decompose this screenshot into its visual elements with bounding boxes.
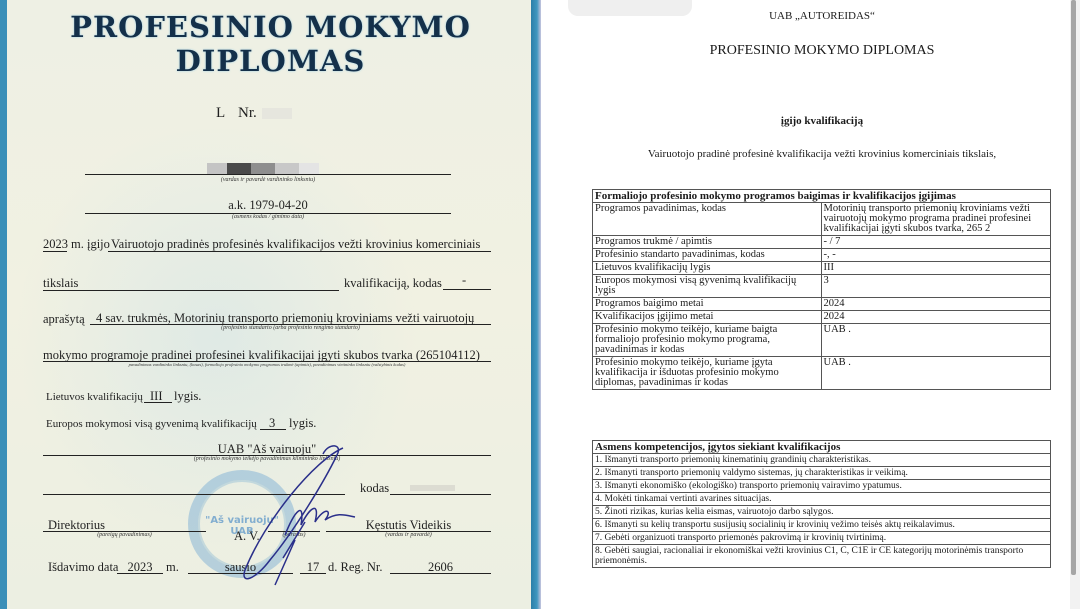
- personal-code-caption: (asmens kodas / gimimo data): [85, 214, 451, 220]
- position-caption: (pareigų pavadinimas): [43, 532, 206, 538]
- eu-level-label: Europos mokymosi visą gyvenimą kvalifika…: [46, 418, 257, 430]
- competence-item: 6. Išmanyti su kelių transportu susijusi…: [593, 519, 1051, 532]
- qualification-line-1: Vairuotojo pradinės profesinės kvalifika…: [111, 237, 480, 252]
- row-value: 2024: [821, 298, 1051, 311]
- qualification-code-label: kvalifikaciją, kodas: [344, 276, 442, 291]
- printed-diploma-title: PROFESINIO MOKYMO DIPLOMAS: [541, 43, 1080, 59]
- row-label: Profesinio standarto pavadinimas, kodas: [593, 249, 822, 262]
- qualification-title: Vairuotojo pradinė profesinė kvalifikaci…: [541, 148, 1080, 160]
- competence-item: 8. Gebėti saugiai, racionaliai ir ekonom…: [593, 545, 1051, 568]
- competence-row: 7. Gebėti organizuoti transporto priemon…: [593, 532, 1051, 545]
- qualification-line-2: tikslais: [43, 276, 78, 291]
- program-table-row: Kvalifikacijos įgijimo metai2024: [593, 311, 1051, 324]
- row-value: III: [821, 262, 1051, 275]
- row-value: - / 7: [821, 236, 1051, 249]
- program-table-row: Profesinio mokymo teikėjo, kuriame įgyta…: [593, 357, 1051, 390]
- competence-row: 5. Žinoti rizikas, kurias kelia eismas, …: [593, 506, 1051, 519]
- row-label: Programos baigimo metai: [593, 298, 822, 311]
- competence-item: 4. Mokėti tinkamai vertinti avarines sit…: [593, 493, 1051, 506]
- personal-code: a.k. 1979-04-20: [85, 198, 451, 213]
- redacted-name: [207, 163, 227, 174]
- issue-year-suffix: m.: [166, 560, 179, 575]
- row-value: UAB .: [821, 324, 1051, 357]
- row-label: Kvalifikacijos įgijimo metai: [593, 311, 822, 324]
- program-table-header: Formaliojo profesinio mokymo programos b…: [593, 190, 1051, 203]
- signature: [225, 440, 365, 590]
- program-table-row: Programos trukmė / apimtis- / 7: [593, 236, 1051, 249]
- row-label: Profesinio mokymo teikėjo, kuriame baigt…: [593, 324, 822, 357]
- row-label: Lietuvos kvalifikacijų lygis: [593, 262, 822, 275]
- row-value: Motorinių transporto priemonių kroviniam…: [821, 203, 1051, 236]
- diploma-border: [531, 0, 541, 609]
- row-value: -, -: [821, 249, 1051, 262]
- competence-item: 5. Žinoti rizikas, kurias kelia eismas, …: [593, 506, 1051, 519]
- row-value: 2024: [821, 311, 1051, 324]
- competence-table: Asmens kompetencijos, įgytos siekiant kv…: [592, 440, 1051, 568]
- company-name: UAB „AUTOREIDAS“: [541, 10, 1080, 22]
- competence-item: 3. Išmanyti ekonomiško (ekologiško) tran…: [593, 480, 1051, 493]
- issue-date-label: Išdavimo data: [48, 560, 118, 575]
- competence-row: 3. Išmanyti ekonomiško (ekologiško) tran…: [593, 480, 1051, 493]
- program-table-row: Programos pavadinimas, kodasMotorinių tr…: [593, 203, 1051, 236]
- redacted-provider-code: [410, 485, 455, 491]
- program-line-1-caption: (profesinio standarto (arba profesinio r…: [90, 325, 491, 331]
- qualification-code: -: [462, 273, 466, 288]
- program-table-row: Programos baigimo metai2024: [593, 298, 1051, 311]
- competence-item: 1. Išmanyti transporto priemonių kinemat…: [593, 454, 1051, 467]
- acquired-label: m. įgijo: [71, 237, 110, 252]
- acquired-year: 2023: [43, 237, 68, 252]
- row-label: Programos trukmė / apimtis: [593, 236, 822, 249]
- acquired-qualification-label: įgijo kvalifikaciją: [541, 115, 1080, 127]
- number-label: Nr.: [238, 105, 257, 122]
- program-table-row: Lietuvos kvalifikacijų lygisIII: [593, 262, 1051, 275]
- name-caption: (vardas ir pavardė vardininko linksniu): [85, 177, 451, 183]
- scrollbar-thumb[interactable]: [1071, 0, 1076, 575]
- competence-row: 8. Gebėti saugiai, racionaliai ir ekonom…: [593, 545, 1051, 568]
- lt-level-label: Lietuvos kvalifikacijų: [46, 391, 143, 403]
- competence-row: 2. Išmanyti transporto priemonių valdymo…: [593, 467, 1051, 480]
- row-label: Programos pavadinimas, kodas: [593, 203, 822, 236]
- program-line-2-caption: pavadinimas vardininko linksniu, (kosas)…: [43, 362, 491, 367]
- competence-table-header: Asmens kompetencijos, įgytos siekiant kv…: [593, 441, 1051, 454]
- redacted-number: [262, 108, 292, 119]
- competence-row: 6. Išmanyti su kelių transportu susijusi…: [593, 519, 1051, 532]
- competence-row: 4. Mokėti tinkamai vertinti avarines sit…: [593, 493, 1051, 506]
- row-label: Europos mokymosi visą gyvenimą kvalifika…: [593, 275, 822, 298]
- row-value: UAB .: [821, 357, 1051, 390]
- row-label: Profesinio mokymo teikėjo, kuriame įgyta…: [593, 357, 822, 390]
- described-label: aprašytą: [43, 312, 85, 327]
- competence-item: 2. Išmanyti transporto priemonių valdymo…: [593, 467, 1051, 480]
- program-table-row: Profesinio mokymo teikėjo, kuriame baigt…: [593, 324, 1051, 357]
- program-table-row: Profesinio standarto pavadinimas, kodas-…: [593, 249, 1051, 262]
- program-table-row: Europos mokymosi visą gyvenimą kvalifika…: [593, 275, 1051, 298]
- lt-level-suffix: lygis.: [174, 389, 201, 404]
- competence-row: 1. Išmanyti transporto priemonių kinemat…: [593, 454, 1051, 467]
- row-value: 3: [821, 275, 1051, 298]
- program-table: Formaliojo profesinio mokymo programos b…: [592, 189, 1051, 390]
- series-label: L: [216, 105, 225, 122]
- diploma-title: PROFESINIO MOKYMO DIPLOMAS: [0, 10, 541, 78]
- competence-item: 7. Gebėti organizuoti transporto priemon…: [593, 532, 1051, 545]
- eu-level-suffix: lygis.: [289, 416, 316, 431]
